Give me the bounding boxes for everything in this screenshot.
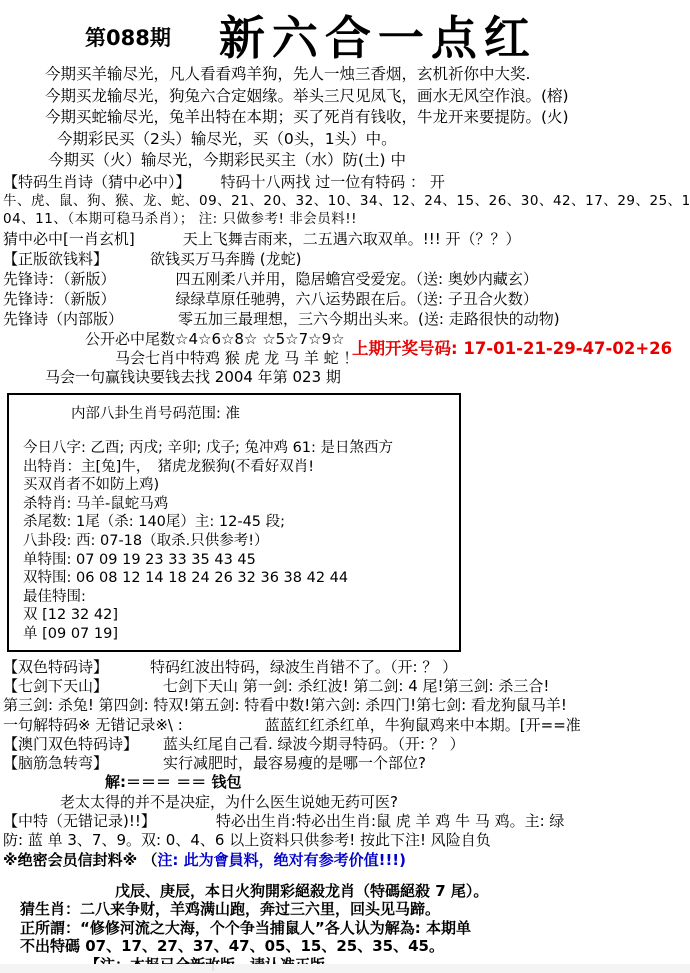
header: 第088期 新六合一点红 <box>0 0 690 64</box>
brain-teaser-answer: 解:＝＝＝ ＝＝ 钱包 <box>0 773 690 792</box>
section-label: 猜中必中[一肖玄机] <box>3 229 135 249</box>
poem-line-2: 今期买龙输尽光，狗兔六合定姻缘。举头三尺见凤飞，画水无风空作浪。(榕) <box>0 86 690 108</box>
section-label: 【脑筋急转弯】 <box>3 754 108 773</box>
box-bagua-segment-line: 八卦段: 西: 07-18（取杀.只供参考!） <box>23 532 447 551</box>
section-text: 实行减肥时，最容易瘦的是哪一个部位? <box>163 754 426 772</box>
poem-line-4: 今期彩民买（2头）输尽光，买（0头，1头）中。 <box>0 129 690 151</box>
box-kill-zodiac-line: 杀特肖: 马羊-鼠蛇马鸡 <box>23 495 447 514</box>
brain-teaser-question-2: 老太太得的并不是决症，为什么医生说她无药可医? <box>0 793 690 812</box>
section-text: 零五加三最理想，三六今期出头来。(送: 走路很快的动物) <box>178 310 560 328</box>
seven-swords-line-2: 第三剑: 杀兔! 第四剑: 特双!第五剑: 特看中数!第六剑: 杀四门!第七剑:… <box>0 696 690 715</box>
section-text: 七剑下天山 第一剑: 杀红波! 第二剑: 4 尾!第三剑: 杀三合! <box>163 677 549 695</box>
member-line-1: 戊辰、庚辰，本日火狗開彩絕殺龙肖（特碼絕殺 7 尾）。 <box>0 882 690 900</box>
winning-phrase-line: 马会一句赢钱诀要钱去找 2004 年第 023 期 <box>0 368 690 387</box>
two-color-poem-line: 【双色特码诗】特码红波出特码，绿波生肖错不了。（开: ？ ） <box>0 658 690 677</box>
member-block: 戊辰、庚辰，本日火狗開彩絕殺龙肖（特碼絕殺 7 尾）。 猜生肖：二八来争财，羊鸡… <box>0 882 690 973</box>
section-label: 先锋诗：（新版） <box>3 269 116 289</box>
bagua-zodiac-box: 内部八卦生肖号码范围: 准 今日八字: 乙酉; 丙戌; 辛卯; 戊子; 兔冲鸡 … <box>7 393 461 652</box>
section-text: 绿绿草原任驰骋，六八运势跟在后。（送: 子丑合火数） <box>176 290 538 308</box>
box-title: 内部八卦生肖号码范围: 准 <box>23 405 447 424</box>
section-text: 四五刚柔八并用，隐居蟾宫受爱宠。（送: 奥妙内藏玄） <box>176 270 538 288</box>
zhongte-line-2: 防: 蓝 单 3、7、9。双: 0、4、6 以上资料只供参考! 按此下注! 风险… <box>0 831 690 850</box>
member-line-2: 猜生肖：二八来争财，羊鸡满山跑，奔过三六里，回头见马蹄。 <box>0 900 690 918</box>
poem-line-3: 今期买蛇输尽光，兔羊出特在本期；买了死肖有钱收，牛龙开来要提防。(火) <box>0 107 690 129</box>
section-label: 一句解特码※ 无错记录※\ : <box>3 716 183 735</box>
box-best-range-label: 最佳特围: <box>23 588 447 607</box>
special-zodiac-header: 【特码生肖诗（猜中必中）】特码十八两找 过一位有特码 ： 开 <box>0 172 690 192</box>
section-label: 先锋诗（内部版） <box>3 309 123 329</box>
box-out-zodiac-line: 出特肖：主[兔]牛， 猪虎龙猴狗(不看好双肖! <box>23 458 447 477</box>
pioneer-poem-3: 先锋诗（内部版）零五加三最理想，三六今期出头来。(送: 走路很快的动物) <box>0 309 690 329</box>
section-text: 欲钱买万马奔腾 (龙蛇) <box>150 250 301 268</box>
section-label: 【双色特码诗】 <box>3 658 108 677</box>
member-line-3: 正所謂：“修修河流之大海，个个争当捕鼠人”各人认为解為: 本期单 <box>0 919 690 937</box>
section-label: ※绝密会员信封料※ （ <box>3 851 157 870</box>
pioneer-poem-2: 先锋诗：（新版）绿绿草原任驰骋，六八运势跟在后。（送: 子丑合火数） <box>0 289 690 309</box>
seven-swords-line-1: 【七剑下天山】七剑下天山 第一剑: 杀红波! 第二剑: 4 尾!第三剑: 杀三合… <box>0 677 690 696</box>
section-label: 先锋诗：（新版） <box>3 289 116 309</box>
box-odd-range-line: 单特围: 07 09 19 23 33 35 43 45 <box>23 551 447 570</box>
pioneer-poem-1: 先锋诗：（新版）四五刚柔八并用，隐居蟾宫受爱宠。（送: 奥妙内藏玄） <box>0 269 690 289</box>
brain-teaser-line: 【脑筋急转弯】实行减肥时，最容易瘦的是哪一个部位? <box>0 754 690 773</box>
sheet-title: 新六合一点红 <box>219 28 537 48</box>
member-line-4: 不出特碼 07、17、27、37、47、05、15、25、35、45。 <box>0 937 690 955</box>
special-numbers-line-2: 04、11、（本期可稳马杀肖）； 注: 只做参考! 非会员料!! <box>0 210 690 229</box>
box-best-even-line: 双 [12 32 42] <box>23 606 447 625</box>
yuqian-line: 【正版欲钱料】欲钱买万马奔腾 (龙蛇) <box>0 249 690 269</box>
lottery-tip-sheet: 第088期 新六合一点红 今期买羊输尽光，凡人看看鸡羊狗，先人一烛三香烟，玄机祈… <box>0 0 690 973</box>
section-label: 【特码生肖诗（猜中必中）】 <box>3 172 191 192</box>
section-text: 特码十八两找 过一位有特码 ： 开 <box>221 173 445 191</box>
last-draw-numbers: 上期开奖号码: 17-01-21-29-47-02+26 <box>352 339 672 359</box>
section-label: 【澳门双色特码诗】 <box>3 735 138 754</box>
zhongte-line-1: 【中特（无错记录)!!】特必出生肖:特必出生肖:鼠 虎 羊 鸡 牛 马 鸡。主:… <box>0 812 690 831</box>
box-kill-tail-line: 杀尾数: 1尾（杀: 140尾）主: 12-45 段; <box>23 513 447 532</box>
macau-two-color-line: 【澳门双色特码诗】蓝头红尾自己看. 绿波今期寻特码。（开: ？ ） <box>0 735 690 754</box>
issue-number: 第088期 <box>85 28 171 48</box>
box-bazi-line: 今日八字: 乙酉; 丙戌; 辛卯; 戊子; 兔冲鸡 61: 是日煞西方 <box>23 439 447 458</box>
section-text: 特码红波出特码，绿波生肖错不了。（开: ？ ） <box>150 658 457 676</box>
section-label: 【正版欲钱料】 <box>3 249 108 269</box>
bottom-bar-divider <box>212 964 214 971</box>
poem-line-1: 今期买羊输尽光，凡人看看鸡羊狗，先人一烛三香烟，玄机祈你中大奖. <box>0 64 690 86</box>
box-out-zodiac-line-2: 买双肖者不如防上鸡) <box>23 476 447 495</box>
box-best-odd-line: 单 [09 07 19] <box>23 625 447 644</box>
section-text: 特必出生肖:特必出生肖:鼠 虎 羊 鸡 牛 马 鸡。主: 绿 <box>216 812 565 830</box>
section-text: 天上飞舞吉雨来，二五遇六取双单。!!! 开（？？） <box>183 230 521 248</box>
bottom-bar <box>0 964 690 973</box>
phrase-solve-line: 一句解特码※ 无错记录※\ :蓝蓝红红杀红单，牛狗鼠鸡来中本期。[开==准 <box>0 716 690 735</box>
member-note: 注: 此为會員料，绝对有参考价值!!!) <box>157 851 406 869</box>
section-text: 蓝蓝红红杀红单，牛狗鼠鸡来中本期。[开==准 <box>265 716 581 734</box>
one-zodiac-line: 猜中必中[一肖玄机]天上飞舞吉雨来，二五遇六取双单。!!! 开（？？） <box>0 229 690 249</box>
special-numbers-line-1: 牛、虎、鼠、狗、猴、龙、蛇、09、21、20、32、10、34、12、24、15… <box>0 192 690 211</box>
secret-member-line: ※绝密会员信封料※ （注: 此为會員料，绝对有参考价值!!!) <box>0 851 690 870</box>
section-label: 【中特（无错记录)!!】 <box>3 812 156 831</box>
section-label: 【七剑下天山】 <box>3 677 108 696</box>
poem-line-5: 今期买（火）输尽光，今期彩民买主（水）防(土) 中 <box>0 150 690 172</box>
section-text: 蓝头红尾自己看. 绿波今期寻特码。（开: ？ ） <box>163 735 465 753</box>
box-even-range-line: 双特围: 06 08 12 14 18 24 26 32 36 38 42 44 <box>23 569 447 588</box>
